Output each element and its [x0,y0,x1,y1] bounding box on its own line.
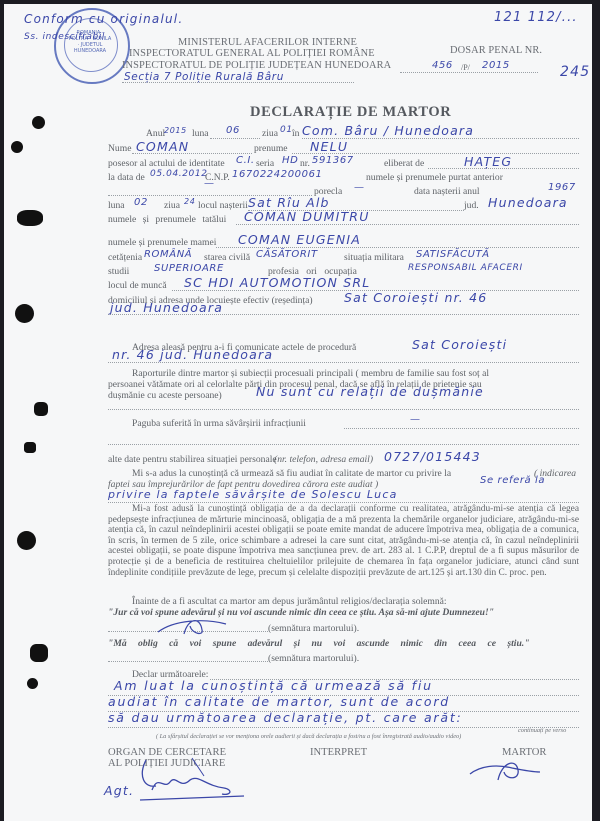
field-procedural-address-line1: Sat Coroiești [412,337,507,352]
punch-hole [17,210,43,226]
page-number: 245 [560,64,590,80]
field-birth-place: Sat Rîu Alb [248,195,330,210]
certification-note: Conform cu originalul. [24,12,183,26]
inspectorate-general: INSPECTORATUL GENERAL AL POLIȚIEI ROMÂNE [129,48,375,59]
ministry-name: MINISTERUL AFACERILOR INTERNE [178,37,357,48]
investigator-signature [134,756,274,804]
inspectorate-county: INSPECTORATUL DE POLIȚIE JUDEȚEAN HUNEDO… [122,60,391,71]
declaration-line-2: audiat în calitate de martor, sunt de ac… [108,694,450,709]
declaration-line-3: să dau următoarea declarație, pt. care a… [108,710,463,725]
field-marital-status: CĂSĂTORIT [256,249,318,260]
oath-intro: Înainte de a fi ascultat ca martor am de… [132,596,447,607]
field-county: Hunedoara [488,195,568,210]
punch-hole [24,442,36,453]
witness-signature-1 [154,612,234,638]
dosar-year: 2015 [482,60,510,71]
field-military-status: SATISFĂCUTĂ [416,249,490,260]
field-citizenship: ROMÂNĂ [144,249,192,260]
punch-hole [27,678,38,689]
field-relations: Nu sunt cu relații de dușmănie [256,384,484,399]
continue-note: continuați pe verso [518,727,566,734]
dosar-label: DOSAR PENAL NR. [450,45,542,56]
field-month: 06 [226,125,240,136]
document-title: DECLARAȚIE DE MARTOR [250,107,451,118]
field-id-type: C.I. [236,155,255,166]
punch-hole [11,141,23,153]
field-damage: — [410,414,421,425]
field-occupation: RESPONSABIL AFACERI [408,263,523,273]
field-birth-month: 02 [134,197,148,208]
legal-notice: Mi-a fost adusă la cunoștință obligația … [108,504,579,578]
punch-hole [30,644,48,662]
field-day: 01 [280,125,293,135]
field-issue-date: 05.04.2012 [150,169,208,179]
police-unit: Secția 7 Poliție Rurală Bâru [124,71,284,83]
dosar-number: 456 [432,60,453,71]
declaration-footnote: ( La sfârșitul declarației se vor mențio… [156,733,461,740]
field-procedural-address-line2: nr. 46 jud. Hunedoara [112,347,273,362]
field-hearing-subject-1: Se referă la [480,475,545,486]
oath-solemn: "Mă oblig că voi spune adevărul și nu vo… [108,638,530,649]
field-first-name: NELU [310,139,348,154]
punch-hole [34,402,48,416]
field-last-name: COMAN [136,139,189,154]
declaration-line-1: Am luat la cunoștință că urmează să fiu [114,678,433,693]
certification-signature: Ss. indescifrabil [24,32,105,42]
field-education: SUPERIOARE [154,263,224,274]
dosar-separator: /P/ [461,62,470,73]
field-workplace: SC HDI AUTOMOTION SRL [184,275,370,290]
punch-hole [17,531,36,550]
field-cnp: 1670224200061 [232,169,323,180]
field-residence-line1: Sat Coroiești nr. 46 [344,290,487,305]
field-previous-name: — [204,178,215,189]
interpreter-label: INTERPRET [310,747,367,758]
field-residence-line2: jud. Hunedoara [110,300,223,315]
field-father-name: COMAN DUMITRU [244,209,370,224]
field-hearing-subject-2: privire la faptele săvârșite de Solescu … [108,488,398,501]
field-location: Com. Bâru / Hunedoara [302,123,474,138]
field-mother-name: COMAN EUGENIA [238,232,361,247]
field-nickname: — [354,182,365,193]
punch-hole [32,116,45,129]
field-issued-by: HAȚEG [464,154,512,169]
witness-signature-2 [466,756,546,786]
field-id-number: 591367 [312,155,354,166]
investigator-rank: Agt. [104,783,134,798]
punch-hole [15,304,34,323]
field-birth-day: 24 [184,197,195,206]
field-year: 2015 [164,126,187,135]
top-right-reference: 121 112/... [494,10,578,25]
field-phone: 0727/015443 [384,449,481,464]
field-id-series: HD [282,155,298,166]
field-birth-year: 1967 [548,182,576,193]
scanned-document-page: ROMANIA · POLITIA · BUNILA · JUDETUL HUN… [4,4,592,821]
